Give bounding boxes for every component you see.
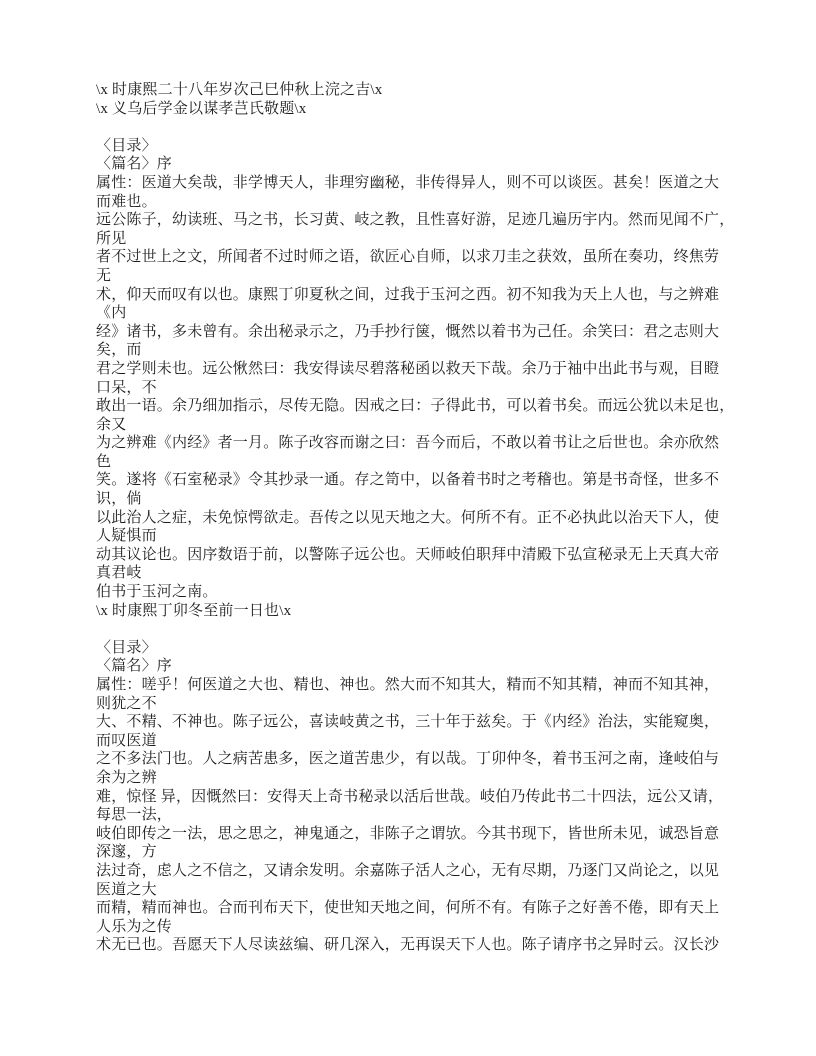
- text-line: 远公陈子，幼读班、马之书，长习黄、岐之教，且性喜好游，足迹几遍历宇内。然而见闻不…: [96, 211, 768, 230]
- text-line: 〈目录〉: [96, 639, 768, 658]
- text-line: 无: [96, 267, 768, 286]
- text-line: 为之辨难《内经》者一月。陈子改容而谢之曰：吾今而后，不敢以着书让之后世也。余亦欣…: [96, 434, 768, 453]
- text-line: 者不过世上之文，所闻者不过时师之语，欲匠心自师，以求刀圭之获效，虽所在奏功，终焦…: [96, 248, 768, 267]
- text-line: 伯书于玉河之南。: [96, 583, 768, 602]
- text-line: 动其议论也。因序数语于前，以警陈子远公也。天师岐伯职拜中清殿下弘宣秘录无上天真大…: [96, 546, 768, 565]
- text-line: 矣，而: [96, 341, 768, 360]
- text-line: 岐伯即传之一法，思之思之，神鬼通之，非陈子之谓欤。今其书现下，皆世所未见，诚恐旨…: [96, 825, 768, 844]
- text-line: \x 时康熙二十八年岁次己巳仲秋上浣之吉\x: [96, 81, 768, 100]
- text-line: 所见: [96, 230, 768, 249]
- text-line: \x 义乌后学金以谋孝芑氏敬题\x: [96, 100, 768, 119]
- text-line: 之不多法门也。人之病苦患多，医之道苦患少，有以哉。丁卯仲冬，着书玉河之南，逢岐伯…: [96, 750, 768, 769]
- text-line: 笑。遂将《石室秘录》令其抄录一通。存之笥中，以备着书时之考稽也。第是书奇怪，世多…: [96, 471, 768, 490]
- text-line: 敢出一语。余乃细加指示，尽传无隐。因戒之曰：子得此书，可以着书矣。而远公犹以未足…: [96, 397, 768, 416]
- text-line: 法过奇，虑人之不信之，又请余发明。余嘉陈子活人之心，无有尽期，乃逐门又尚论之，以…: [96, 862, 768, 881]
- text-line: 难，惊怪 异，因慨然曰：安得天上奇书秘录以活后世哉。岐伯乃传此书二十四法，远公又…: [96, 788, 768, 807]
- text-line: 医道之大: [96, 881, 768, 900]
- text-line: 《内: [96, 304, 768, 323]
- text-line: 则犹之不: [96, 695, 768, 714]
- text-line: 人疑惧而: [96, 527, 768, 546]
- text-line: 色: [96, 453, 768, 472]
- text-line: 每思一法，: [96, 806, 768, 825]
- text-line: 属性：嗟乎！何医道之大也、精也、神也。然大而不知其大，精而不知其精，神而不知其神…: [96, 676, 768, 695]
- document-page: \x 时康熙二十八年岁次己巳仲秋上浣之吉\x\x 义乌后学金以谋孝芑氏敬题\x …: [0, 0, 816, 1056]
- text-line: 〈篇名〉序: [96, 155, 768, 174]
- text-line: 人乐为之传: [96, 918, 768, 937]
- text-line: 余为之辨: [96, 769, 768, 788]
- text-line: 君之学则未也。远公愀然曰：我安得读尽碧落秘函以救天下哉。余乃于袖中出此书与观，目…: [96, 360, 768, 379]
- text-line: 识，倘: [96, 490, 768, 509]
- text-line: 真君岐: [96, 564, 768, 583]
- text-line: 深邃，方: [96, 843, 768, 862]
- text-line: 而难也。: [96, 193, 768, 212]
- text-line: 余又: [96, 416, 768, 435]
- text-line: 〈篇名〉序: [96, 657, 768, 676]
- text-line: 而叹医道: [96, 732, 768, 751]
- text-line: 术无已也。吾愿天下人尽读兹编、研几深入，无再误天下人也。陈子请序书之异时云。汉长…: [96, 936, 768, 955]
- text-line: 以此治人之症，未免惊愕欲走。吾传之以见天地之大。何所不有。正不必执此以治天下人，…: [96, 509, 768, 528]
- text-line: 经》诸书，多未曾有。余出秘录示之，乃手抄行箧，慨然以着书为己任。余笑曰：君之志则…: [96, 323, 768, 342]
- text-line: \x 时康熙丁卯冬至前一日也\x: [96, 602, 768, 621]
- blank-line: [96, 118, 768, 137]
- text-line: 而精，精而神也。合而刊布天下，使世知天地之间，何所不有。有陈子之好善不倦，即有天…: [96, 899, 768, 918]
- text-line: 〈目录〉: [96, 137, 768, 156]
- text-line: 属性：医道大矣哉，非学博天人，非理穷幽秘，非传得异人，则不可以谈医。甚矣！医道之…: [96, 174, 768, 193]
- blank-line: [96, 620, 768, 639]
- document-text: \x 时康熙二十八年岁次己巳仲秋上浣之吉\x\x 义乌后学金以谋孝芑氏敬题\x …: [96, 81, 768, 955]
- text-line: 术，仰天而叹有以也。康熙丁卯夏秋之间，过我于玉河之西。初不知我为天上人也，与之辨…: [96, 286, 768, 305]
- text-line: 大、不精、不神也。陈子远公，喜读岐黄之书，三十年于兹矣。于《内经》治法，实能窥奥…: [96, 713, 768, 732]
- text-line: 口呆，不: [96, 379, 768, 398]
